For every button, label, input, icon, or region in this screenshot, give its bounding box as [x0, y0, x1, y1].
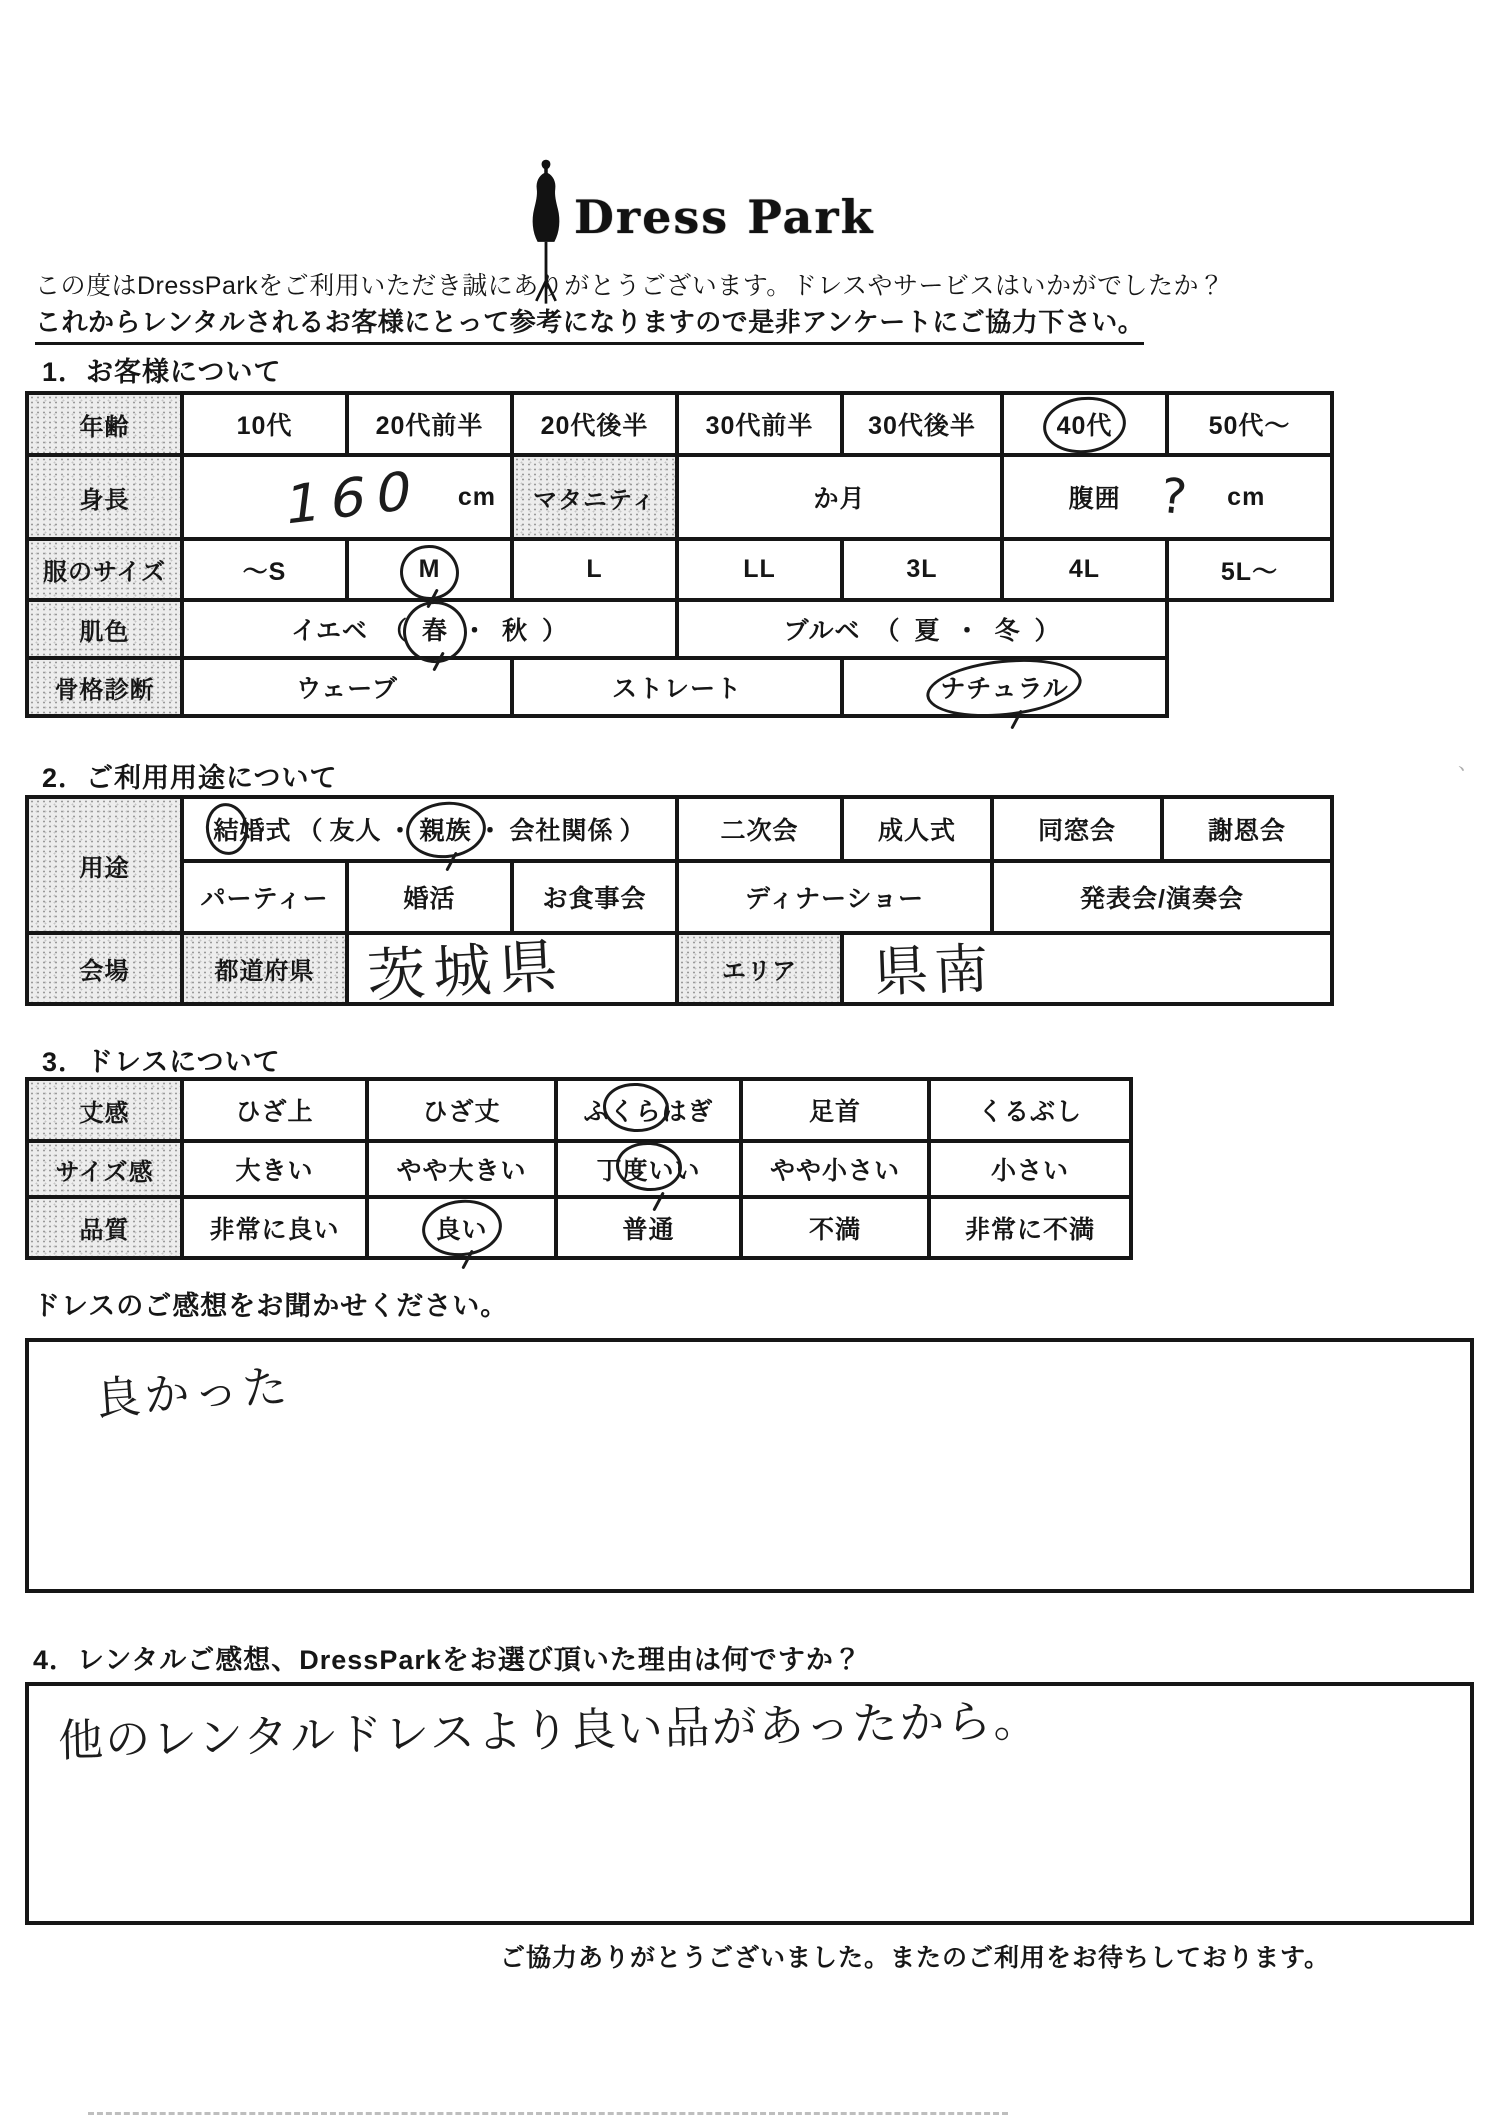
length-option: 足首: [743, 1081, 931, 1139]
handwritten-prefecture-value: 茨城県: [365, 918, 567, 1012]
length-row: 丈感 ひざ上 ひざ丈 ふくらはぎ 足首 くるぶし: [25, 1077, 1133, 1143]
age-option: 20代後半: [514, 395, 679, 453]
age-row-label: 年齢: [29, 395, 184, 453]
length-option: ひざ上: [184, 1081, 369, 1139]
purpose-rows: 用途 結婚式 （ 友人 ・ 親族 ・ 会社関係 ） 二次会 成人式 同窓: [25, 795, 1334, 935]
size-option: LL: [679, 541, 844, 598]
fit-option: 大きい: [184, 1143, 369, 1195]
venue-row-label: 会場: [29, 935, 184, 1002]
size-option: 3L: [844, 541, 1004, 598]
fit-option: やや小さい: [743, 1143, 931, 1195]
length-option: ひざ丈: [369, 1081, 558, 1139]
size-option-selected: M: [349, 541, 514, 598]
fit-option: 小さい: [931, 1143, 1129, 1195]
section2-title: 2．ご利用用途について: [42, 756, 337, 795]
handwritten-circle-mark: M: [419, 555, 441, 584]
height-unit: cm: [458, 483, 496, 512]
skin-tone-row-label: 肌色: [29, 602, 184, 656]
handwritten-area-value: 県南: [873, 926, 996, 1007]
prefecture-value-cell: 茨城県: [349, 935, 679, 1002]
venue-row: 会場 都道府県 茨城県 エリア 県南: [25, 931, 1334, 1006]
logo-brand-text: Dress Park: [574, 190, 874, 244]
section1-title: 1．お客様について: [42, 350, 281, 389]
waist-cell: 腹囲 ? cm: [1004, 457, 1330, 537]
customer-info-table: 年齢 10代 20代前半 20代後半 30代前半 30代後半 40代 50代～ …: [25, 391, 1334, 718]
length-option-selected: ふくらはぎ: [558, 1081, 743, 1139]
fit-option-selected: 丁度いい: [558, 1143, 743, 1195]
age-option: 20代前半: [349, 395, 514, 453]
skeleton-row: 骨格診断 ウェーブ ストレート ナチュラル: [25, 656, 1169, 718]
clothing-size-row: 服のサイズ ～S M L LL 3L 4L 5L～: [25, 537, 1334, 602]
fit-option: やや大きい: [369, 1143, 558, 1195]
skin-tone-row: 肌色 イエベ （ 春 ・ 秋 ） ブルベ （ 夏 ・ 冬 ）: [25, 598, 1169, 660]
prefecture-label-cell: 都道府県: [184, 935, 349, 1002]
handwritten-circle-mark: ふくらはぎ: [583, 1092, 713, 1128]
purpose-option: パーティー: [184, 863, 349, 931]
section4-title: 4．レンタルご感想、DressParkをお選び頂いた理由は何ですか？: [33, 1638, 862, 1677]
purpose-option: 婚活: [349, 863, 514, 931]
skeleton-row-label: 骨格診断: [29, 660, 184, 714]
purpose-option: 二次会: [679, 799, 844, 859]
purpose-option: 発表会/演奏会: [994, 863, 1330, 931]
maternity-months-cell: か月: [679, 457, 1004, 537]
purpose-option: ディナーショー: [679, 863, 994, 931]
scanned-survey-form: Dress Park この度はDressParkをご利用いただき誠にありがとうご…: [0, 0, 1500, 2127]
handwritten-height-value: 160: [281, 458, 425, 537]
scan-speck: 、: [1458, 746, 1478, 775]
quality-option: 不満: [743, 1199, 931, 1256]
fit-row: サイズ感 大きい やや大きい 丁度いい やや小さい 小さい: [25, 1139, 1133, 1199]
age-option: 10代: [184, 395, 349, 453]
skeleton-option: ウェーブ: [184, 660, 514, 714]
quality-option-selected: 良い: [369, 1199, 558, 1256]
dress-table: 丈感 ひざ上 ひざ丈 ふくらはぎ 足首 くるぶし サイズ感 大きい やや大きい …: [25, 1077, 1133, 1260]
handwritten-circle-mark: 結婚式: [213, 811, 291, 847]
intro-line-1: この度はDressParkをご利用いただき誠にありがとうございます。ドレスやサー…: [35, 266, 1224, 302]
skeleton-option: ストレート: [514, 660, 844, 714]
purpose-row-label: 用途: [29, 799, 184, 931]
fit-row-label: サイズ感: [29, 1143, 184, 1195]
size-option: ～S: [184, 541, 349, 598]
length-row-label: 丈感: [29, 1081, 184, 1139]
maternity-label-cell: マタニティ: [514, 457, 679, 537]
dress-feedback-prompt: ドレスのご感想をお聞かせください。: [33, 1284, 508, 1323]
handwritten-circle-mark: 春: [422, 611, 448, 647]
size-option: L: [514, 541, 679, 598]
purpose-row-1: 結婚式 （ 友人 ・ 親族 ・ 会社関係 ） 二次会 成人式 同窓会 謝恩会: [184, 799, 1330, 863]
purpose-option: 成人式: [844, 799, 994, 859]
quality-row-label: 品質: [29, 1199, 184, 1256]
age-option: 30代前半: [679, 395, 844, 453]
clothing-size-row-label: 服のサイズ: [29, 541, 184, 598]
skin-tone-yellow-cell: イエベ （ 春 ・ 秋 ）: [184, 602, 679, 656]
purpose-option-wedding: 結婚式 （ 友人 ・ 親族 ・ 会社関係 ）: [184, 799, 679, 859]
handwritten-waist-value: ?: [1158, 468, 1190, 526]
height-row-label: 身長: [29, 457, 184, 537]
height-row: 身長 160 cm マタニティ か月 腹囲 ? cm: [25, 453, 1334, 541]
purpose-option: 謝恩会: [1164, 799, 1330, 859]
size-option: 4L: [1004, 541, 1169, 598]
quality-row: 品質 非常に良い 良い 普通 不満 非常に不満: [25, 1195, 1133, 1260]
purpose-option: 同窓会: [994, 799, 1164, 859]
section3-title: 3．ドレスについて: [42, 1040, 281, 1079]
handwritten-circle-mark: 良い: [435, 1210, 487, 1246]
handwritten-circle-mark: 親族: [420, 811, 472, 847]
age-option: 30代後半: [844, 395, 1004, 453]
age-row: 年齢 10代 20代前半 20代後半 30代前半 30代後半 40代 50代～: [25, 391, 1334, 457]
handwritten-circle-mark: 丁度いい: [596, 1151, 700, 1187]
waist-unit: cm: [1227, 483, 1265, 512]
area-value-cell: 県南: [844, 935, 1330, 1002]
height-value-cell: 160 cm: [184, 457, 514, 537]
age-option: 50代～: [1169, 395, 1330, 453]
age-option-selected: 40代: [1004, 395, 1169, 453]
skeleton-option-selected: ナチュラル: [844, 660, 1165, 714]
handwritten-circle-mark: 40代: [1057, 406, 1113, 442]
usage-table: 用途 結婚式 （ 友人 ・ 親族 ・ 会社関係 ） 二次会 成人式 同窓: [25, 795, 1334, 1006]
size-option: 5L～: [1169, 541, 1330, 598]
area-label-cell: エリア: [679, 935, 844, 1002]
handwritten-dress-feedback: 良かった: [93, 1349, 293, 1428]
quality-option: 非常に不満: [931, 1199, 1129, 1256]
length-option: くるぶし: [931, 1081, 1129, 1139]
scan-artifact-line: [88, 2112, 1008, 2115]
footer-thanks: ご協力ありがとうございました。またのご利用をお待ちしております。: [25, 1938, 1330, 1974]
purpose-row-2: パーティー 婚活 お食事会 ディナーショー 発表会/演奏会: [184, 863, 1330, 931]
intro-line-2: これからレンタルされるお客様にとって参考になりますので是非アンケートにご協力下さ…: [35, 302, 1144, 345]
skin-tone-blue-cell: ブルベ （ 夏 ・ 冬 ）: [679, 602, 1165, 656]
waist-label: 腹囲: [1069, 479, 1121, 515]
quality-option: 普通: [558, 1199, 743, 1256]
handwritten-circle-mark: ナチュラル: [940, 669, 1069, 705]
quality-option: 非常に良い: [184, 1199, 369, 1256]
